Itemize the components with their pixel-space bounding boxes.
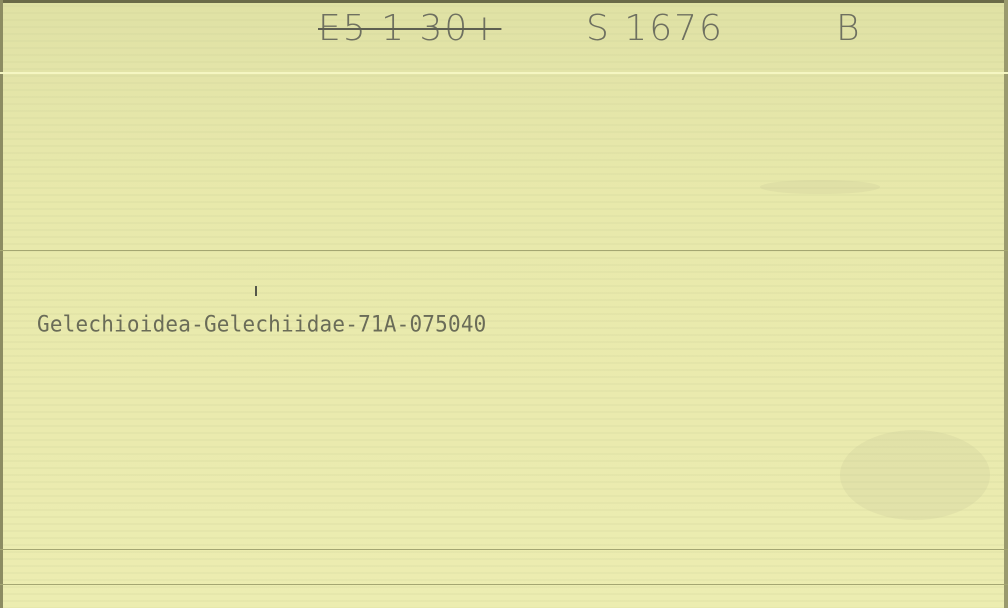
handwritten-catalog-number: S 1676 <box>586 8 724 49</box>
paper-stain <box>760 180 880 194</box>
right-edge-shadow <box>1004 0 1008 608</box>
top-edge-shadow <box>0 0 1008 3</box>
index-card: E5 1 30+ S 1676 B Gelechioidea-Gelechiid… <box>0 0 1008 608</box>
left-edge-shadow <box>0 0 3 608</box>
ruled-line <box>0 584 1008 585</box>
ink-mark <box>255 286 257 296</box>
struck-handwritten-code: E5 1 30+ <box>318 8 501 49</box>
handwritten-suffix: B <box>836 8 862 49</box>
ruled-line <box>0 250 1008 251</box>
typed-taxonomy-label: Gelechioidea-Gelechiidae-71A-075040 <box>37 311 487 336</box>
paper-stain <box>840 430 990 520</box>
header-highlight-line <box>0 72 1008 74</box>
ruled-line <box>0 549 1008 550</box>
